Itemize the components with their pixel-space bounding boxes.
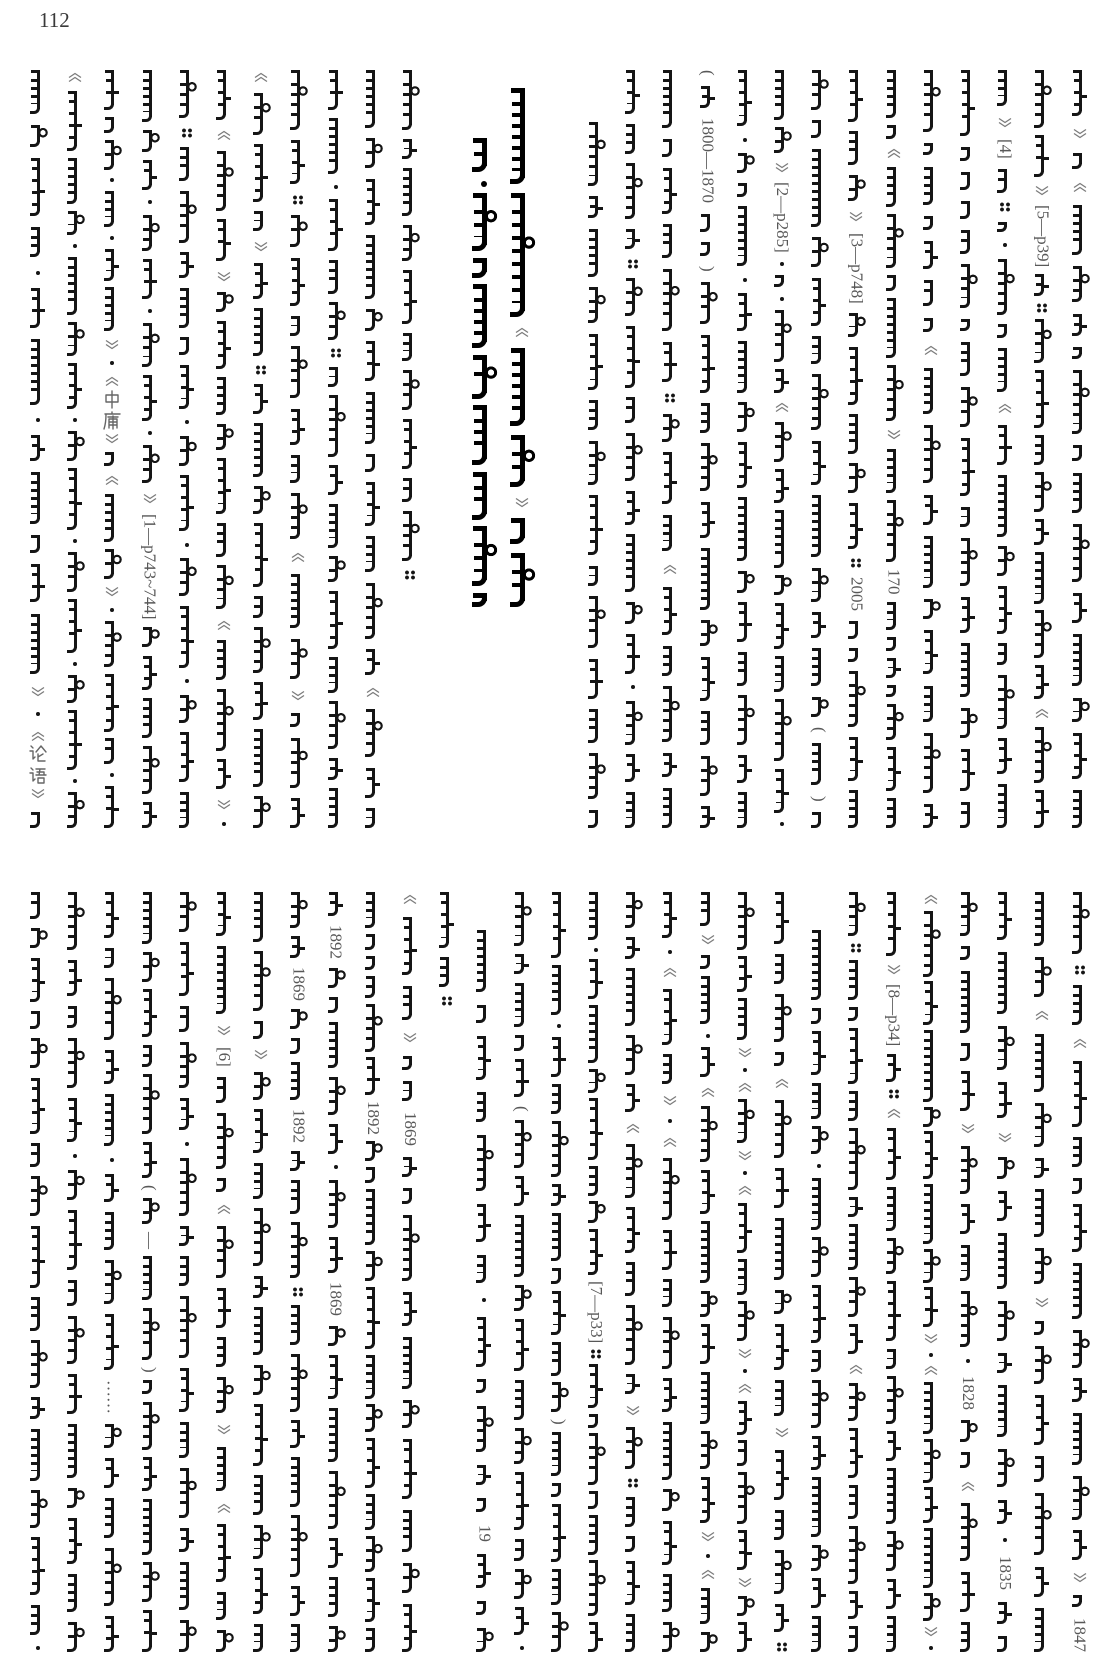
mongolian-word bbox=[101, 1424, 123, 1448]
mongolian-word bbox=[585, 1560, 607, 1616]
mongolian-comma bbox=[473, 1296, 495, 1304]
bracket-open-glyph bbox=[845, 1362, 867, 1376]
mongolian-word bbox=[250, 951, 272, 1011]
mongolian-word bbox=[659, 1158, 681, 1220]
mongolian-word bbox=[139, 1045, 161, 1067]
bracket-close-glyph bbox=[1031, 1296, 1053, 1310]
mongolian-word bbox=[64, 1374, 86, 1414]
mongolian-word bbox=[176, 1620, 198, 1652]
mongolian-word bbox=[101, 1498, 123, 1538]
mongolian-word bbox=[325, 1538, 347, 1568]
mongolian-word bbox=[771, 1168, 793, 1208]
mongolian-word bbox=[845, 1485, 867, 1519]
mongolian-word bbox=[994, 1082, 1016, 1118]
mongolian-word bbox=[1031, 1321, 1053, 1335]
mongolian-word bbox=[362, 1494, 384, 1530]
mongolian-word bbox=[213, 1524, 235, 1582]
mongolian-word bbox=[250, 892, 272, 942]
mongolian-word bbox=[920, 1528, 942, 1588]
mongolian-word bbox=[399, 1157, 421, 1177]
mongolian-word bbox=[362, 1578, 384, 1622]
mongolian-word bbox=[771, 1052, 793, 1066]
mongolian-word bbox=[399, 1056, 421, 1070]
mongolian-word bbox=[325, 997, 347, 1013]
mongolian-word bbox=[511, 1539, 533, 1561]
inline-latin-text: 1892 bbox=[362, 1101, 384, 1135]
mongolian-word bbox=[287, 1151, 309, 1171]
mongolian-word bbox=[585, 1491, 607, 1509]
mongolian-word bbox=[957, 1503, 979, 1561]
mongolian-word bbox=[27, 1038, 49, 1068]
title-bracket-close: 》 bbox=[994, 1131, 1016, 1145]
mongolian-word bbox=[287, 1222, 309, 1278]
mongolian-word bbox=[771, 1290, 793, 1314]
mongolian-word bbox=[64, 1280, 86, 1306]
text-column: 18691892 bbox=[287, 892, 309, 1652]
bracket-open-glyph bbox=[213, 1501, 235, 1515]
mongolian-word bbox=[808, 1350, 830, 1372]
mongolian-word bbox=[771, 954, 793, 984]
mongolian-word bbox=[697, 1170, 719, 1214]
mongolian-word bbox=[548, 1121, 570, 1177]
mongolian-full-stop bbox=[590, 1349, 602, 1359]
bracket-close-glyph bbox=[213, 1423, 235, 1437]
text-column: 18921869 bbox=[325, 892, 347, 1652]
bracket-open-glyph bbox=[213, 1202, 235, 1216]
mongolian-word bbox=[362, 1057, 384, 1095]
title-bracket-close: 》 bbox=[622, 1404, 644, 1418]
bracket-close-glyph bbox=[734, 1046, 756, 1060]
mongolian-word bbox=[845, 1028, 867, 1084]
mongolian-word bbox=[734, 1259, 756, 1295]
mongolian-word bbox=[511, 1472, 533, 1530]
lower-text-tier: ……(—)》[6]《》《》18691892189218691892《》18691… bbox=[0, 0, 1114, 1678]
mongolian-word bbox=[548, 1432, 570, 1476]
mongolian-word bbox=[64, 1006, 86, 1028]
inline-latin-text: ) bbox=[548, 1419, 570, 1425]
mongolian-word bbox=[659, 1574, 681, 1612]
text-column bbox=[436, 892, 458, 1006]
mongolian-full-stop bbox=[776, 1642, 788, 1652]
bracket-open-glyph bbox=[697, 1085, 719, 1099]
mongolian-word bbox=[1069, 1061, 1091, 1127]
mongolian-word bbox=[64, 1518, 86, 1564]
mongolian-word bbox=[325, 968, 347, 988]
mongolian-word bbox=[771, 994, 793, 1042]
bracket-open-glyph bbox=[883, 1106, 905, 1120]
mongolian-word bbox=[1069, 1204, 1091, 1252]
mongolian-word bbox=[27, 1340, 49, 1388]
mongolian-word bbox=[250, 1307, 272, 1355]
mongolian-word bbox=[994, 1233, 1016, 1289]
mongolian-word bbox=[622, 1614, 644, 1652]
title-bracket-open: 《 bbox=[957, 1479, 979, 1493]
mongolian-word bbox=[1031, 1395, 1053, 1445]
mongolian-word bbox=[213, 1630, 235, 1652]
mongolian-word bbox=[176, 1006, 198, 1032]
mongolian-word bbox=[548, 1382, 570, 1412]
mongolian-word bbox=[957, 1622, 979, 1652]
mongolian-comma bbox=[27, 1644, 49, 1652]
mongolian-word bbox=[1031, 1248, 1053, 1284]
mongolian-comma bbox=[734, 1367, 756, 1375]
title-bracket-close: 》 bbox=[213, 1423, 235, 1437]
mongolian-word bbox=[659, 1422, 681, 1480]
mongolian-word bbox=[64, 1488, 86, 1508]
mongolian-word bbox=[994, 1353, 1016, 1373]
mongolian-word bbox=[250, 1163, 272, 1199]
mongolian-word bbox=[101, 1094, 123, 1146]
mongolian-word bbox=[697, 955, 719, 969]
mongolian-word bbox=[585, 1622, 607, 1652]
mongolian-word bbox=[771, 1380, 793, 1416]
bracket-open-glyph bbox=[697, 1567, 719, 1581]
title-bracket-close: 》 bbox=[920, 1625, 942, 1639]
mongolian-word bbox=[548, 965, 570, 1015]
mongolian-word bbox=[1031, 1608, 1053, 1652]
text-column: 》[8—p34]《 bbox=[883, 892, 905, 1652]
mongolian-word bbox=[473, 1379, 495, 1393]
mongolian-word bbox=[1031, 1189, 1053, 1237]
mongolian-word bbox=[362, 1536, 384, 1572]
mongolian-word bbox=[659, 1378, 681, 1412]
mongolian-word bbox=[362, 956, 384, 970]
mongolian-word bbox=[27, 892, 49, 919]
mongolian-word bbox=[697, 1588, 719, 1624]
mongolian-word bbox=[399, 917, 421, 975]
mongolian-word bbox=[697, 1324, 719, 1364]
mongolian-word bbox=[957, 1291, 979, 1347]
text-column: 《》《 bbox=[659, 892, 681, 1652]
mongolian-word bbox=[808, 1545, 830, 1571]
mongolian-word bbox=[213, 1178, 235, 1192]
mongolian-word bbox=[27, 928, 49, 948]
mongolian-word bbox=[287, 1180, 309, 1214]
mongolian-word bbox=[585, 1229, 607, 1275]
mongolian-word bbox=[622, 1497, 644, 1527]
mongolian-word bbox=[622, 1035, 644, 1075]
mongolian-word bbox=[176, 1422, 198, 1458]
mongolian-word bbox=[511, 1380, 533, 1420]
mongolian-word bbox=[362, 1251, 384, 1281]
mongolian-word bbox=[659, 1489, 681, 1511]
mongolian-word bbox=[548, 1483, 570, 1497]
mongolian-word bbox=[622, 1144, 644, 1198]
mongolian-word bbox=[101, 1314, 123, 1370]
mongolian-word bbox=[27, 1605, 49, 1635]
mongolian-word bbox=[473, 1255, 495, 1283]
title-bracket-open: 《 bbox=[845, 1362, 867, 1376]
mongolian-word bbox=[27, 1143, 49, 1167]
inline-latin-text: 1828 bbox=[957, 1376, 979, 1410]
mongolian-word bbox=[845, 1277, 867, 1317]
mongolian-word bbox=[808, 1083, 830, 1119]
mongolian-word bbox=[287, 1457, 309, 1507]
bracket-open-glyph bbox=[957, 1479, 979, 1493]
mongolian-word bbox=[883, 1468, 905, 1524]
text-column: 》1835 bbox=[994, 892, 1016, 1652]
mongolian-word bbox=[325, 1326, 347, 1346]
mongolian-word bbox=[957, 1204, 979, 1234]
mongolian-word bbox=[883, 1281, 905, 1341]
mongolian-word bbox=[101, 1458, 123, 1488]
mongolian-word bbox=[1069, 1378, 1091, 1402]
mongolian-word bbox=[473, 1135, 495, 1191]
mongolian-full-stop bbox=[850, 943, 862, 953]
mongolian-word bbox=[399, 1400, 421, 1428]
bracket-close-glyph bbox=[957, 1122, 979, 1136]
mongolian-word bbox=[1031, 1346, 1053, 1384]
bracket-close-glyph bbox=[697, 933, 719, 947]
mongolian-word bbox=[1069, 985, 1091, 1025]
mongolian-word bbox=[27, 1490, 49, 1528]
mongolian-word bbox=[994, 1636, 1016, 1652]
text-column: 》《》《 bbox=[697, 892, 719, 1652]
text-column: 《》 bbox=[622, 892, 644, 1652]
mongolian-word bbox=[287, 936, 309, 958]
mongolian-word bbox=[920, 1249, 942, 1283]
mongolian-word bbox=[213, 892, 235, 936]
mongolian-word bbox=[659, 1521, 681, 1565]
mongolian-word bbox=[362, 892, 384, 928]
mongolian-word bbox=[176, 892, 198, 932]
mongolian-word bbox=[101, 948, 123, 968]
mongolian-word bbox=[771, 1550, 793, 1594]
bracket-close-glyph bbox=[883, 963, 905, 977]
mongolian-word bbox=[734, 1440, 756, 1466]
mongolian-word bbox=[659, 989, 681, 1045]
title-bracket-open: 《 bbox=[697, 1567, 719, 1581]
mongolian-word bbox=[585, 1515, 607, 1555]
mongolian-word bbox=[734, 892, 756, 950]
mongolian-word bbox=[362, 1404, 384, 1432]
mongolian-word bbox=[250, 1072, 272, 1100]
mongolian-word bbox=[808, 1477, 830, 1537]
mongolian-word bbox=[845, 1091, 867, 1121]
mongolian-word bbox=[808, 1031, 830, 1075]
mongolian-word bbox=[845, 1007, 867, 1021]
text-column: 《》1869 bbox=[399, 892, 421, 1652]
title-bracket-open: 《 bbox=[659, 1135, 681, 1149]
mongolian-comma bbox=[734, 1066, 756, 1074]
text-column: 《》1847 bbox=[1069, 892, 1091, 1652]
mongolian-word bbox=[287, 1624, 309, 1652]
mongolian-word bbox=[697, 976, 719, 1024]
mongolian-word bbox=[622, 1561, 644, 1605]
mongolian-word bbox=[176, 1468, 198, 1518]
text-column: 19 bbox=[473, 930, 495, 1652]
mongolian-word bbox=[325, 1022, 347, 1068]
mongolian-word bbox=[362, 976, 384, 998]
mongolian-word bbox=[139, 1142, 161, 1178]
mongolian-full-stop bbox=[627, 1478, 639, 1488]
mongolian-word bbox=[213, 1077, 235, 1103]
mongolian-word bbox=[139, 1308, 161, 1360]
mongolian-word bbox=[734, 1622, 756, 1652]
mongolian-word bbox=[213, 1592, 235, 1620]
mongolian-word bbox=[845, 1526, 867, 1584]
title-bracket-open: 《 bbox=[399, 892, 421, 906]
mongolian-word bbox=[622, 892, 644, 928]
mongolian-word bbox=[139, 1380, 161, 1394]
mongolian-word bbox=[1069, 1330, 1091, 1368]
bracket-open-glyph bbox=[771, 1076, 793, 1090]
mongolian-word bbox=[139, 952, 161, 982]
mongolian-word bbox=[101, 1174, 123, 1202]
mongolian-comma bbox=[994, 1536, 1016, 1544]
mongolian-word bbox=[659, 1230, 681, 1270]
mongolian-word bbox=[585, 1364, 607, 1408]
mongolian-word bbox=[399, 1510, 421, 1552]
mongolian-word bbox=[994, 952, 1016, 1014]
inline-latin-text: 1869 bbox=[399, 1112, 421, 1146]
mongolian-word bbox=[101, 892, 123, 938]
bracket-close-glyph bbox=[1069, 1571, 1091, 1585]
mongolian-word bbox=[883, 1238, 905, 1274]
mongolian-word bbox=[585, 1433, 607, 1485]
mongolian-word bbox=[622, 1374, 644, 1394]
bracket-open-glyph bbox=[622, 1121, 644, 1135]
mongolian-word bbox=[325, 1124, 347, 1154]
mongolian-word bbox=[473, 1317, 495, 1367]
mongolian-word bbox=[808, 1237, 830, 1277]
title-bracket-close: 》 bbox=[920, 1332, 942, 1346]
title-bracket-close: 》 bbox=[399, 1031, 421, 1045]
mongolian-word bbox=[287, 1009, 309, 1029]
mongolian-word bbox=[585, 1069, 607, 1093]
mongolian-comma bbox=[585, 946, 607, 954]
mongolian-word bbox=[957, 1420, 979, 1442]
mongolian-word bbox=[585, 1098, 607, 1160]
mongolian-word bbox=[1031, 1034, 1053, 1092]
mongolian-word bbox=[697, 1291, 719, 1317]
mongolian-word bbox=[213, 1113, 235, 1169]
mongolian-word bbox=[734, 1530, 756, 1570]
mongolian-word bbox=[325, 1577, 347, 1617]
mongolian-word bbox=[957, 1043, 979, 1061]
title-bracket-close: 》 bbox=[1069, 1571, 1091, 1585]
mongolian-word bbox=[101, 1616, 123, 1652]
mongolian-word bbox=[845, 892, 867, 936]
mongolian-word bbox=[250, 1021, 272, 1039]
title-bracket-open: 《 bbox=[883, 1106, 905, 1120]
bracket-open-glyph bbox=[659, 965, 681, 979]
mongolian-word bbox=[622, 968, 644, 1026]
mongolian-word bbox=[64, 1210, 86, 1270]
mongolian-word bbox=[994, 1385, 1016, 1437]
mongolian-comma bbox=[697, 1032, 719, 1040]
mongolian-word bbox=[548, 1291, 570, 1335]
mongolian-word bbox=[883, 1579, 905, 1609]
inline-latin-text: 1847 bbox=[1069, 1618, 1091, 1652]
mongolian-word bbox=[362, 1189, 384, 1245]
mongolian-word bbox=[697, 1431, 719, 1469]
mongolian-word bbox=[734, 998, 756, 1040]
mongolian-word bbox=[250, 1568, 272, 1614]
mongolian-word bbox=[883, 1054, 905, 1082]
mongolian-word bbox=[548, 1504, 570, 1562]
mongolian-word bbox=[585, 1414, 607, 1428]
bracket-close-glyph bbox=[920, 1625, 942, 1639]
mongolian-word bbox=[957, 1452, 979, 1468]
bracket-close-glyph bbox=[920, 1332, 942, 1346]
text-column: ( bbox=[511, 892, 533, 1652]
text-column: …… bbox=[101, 892, 123, 1652]
mongolian-word bbox=[845, 1383, 867, 1421]
mongolian-word bbox=[27, 958, 49, 1002]
mongolian-word bbox=[920, 1107, 942, 1127]
mongolian-word bbox=[27, 1011, 49, 1029]
mongolian-word bbox=[362, 1628, 384, 1652]
mongolian-comma bbox=[659, 1117, 681, 1125]
mongolian-word bbox=[622, 1207, 644, 1253]
mongolian-comma bbox=[957, 1357, 979, 1365]
inline-latin-text: [7—p33] bbox=[585, 1281, 607, 1343]
mongolian-word bbox=[139, 989, 161, 1037]
mongolian-word bbox=[920, 1593, 942, 1621]
mongolian-word bbox=[1069, 892, 1091, 954]
bracket-open-glyph bbox=[399, 892, 421, 906]
mongolian-word bbox=[845, 1324, 867, 1354]
mongolian-word bbox=[920, 1030, 942, 1102]
mongolian-word bbox=[1069, 1595, 1091, 1607]
mongolian-word bbox=[659, 1317, 681, 1369]
mongolian-word bbox=[808, 1126, 830, 1154]
text-column bbox=[64, 892, 86, 1652]
mongolian-word bbox=[1031, 1493, 1053, 1555]
mongolian-word bbox=[213, 1447, 235, 1491]
mongolian-word bbox=[734, 956, 756, 992]
mongolian-word bbox=[101, 978, 123, 1040]
mongolian-word bbox=[734, 1472, 756, 1524]
mongolian-word bbox=[511, 1319, 533, 1371]
mongolian-word bbox=[845, 960, 867, 1000]
mongolian-word bbox=[473, 1628, 495, 1652]
mongolian-word bbox=[883, 1128, 905, 1180]
mongolian-word bbox=[548, 1612, 570, 1652]
mongolian-word bbox=[176, 1256, 198, 1286]
mongolian-word bbox=[845, 1197, 867, 1217]
mongolian-word bbox=[250, 1109, 272, 1153]
text-column: 《》《》 bbox=[920, 892, 942, 1652]
bracket-open-glyph bbox=[920, 1363, 942, 1377]
mongolian-comma bbox=[325, 1163, 347, 1171]
mongolian-word bbox=[250, 1208, 272, 1266]
mongolian-word bbox=[1031, 892, 1053, 946]
text-column: 《 bbox=[845, 892, 867, 1652]
bracket-close-glyph bbox=[734, 1576, 756, 1590]
mongolian-word bbox=[511, 1176, 533, 1206]
mongolian-word bbox=[697, 1477, 719, 1523]
mongolian-full-stop bbox=[292, 1287, 304, 1297]
mongolian-word bbox=[957, 971, 979, 1033]
mongolian-word bbox=[399, 1215, 421, 1281]
bracket-open-glyph bbox=[734, 1080, 756, 1094]
document-page: 112 》《论语》《》《中庸》《》》[1—p743~744]《》《》《》《》《《… bbox=[0, 0, 1114, 1678]
mongolian-word bbox=[1069, 1178, 1091, 1194]
mongolian-word bbox=[994, 1301, 1016, 1341]
mongolian-word bbox=[511, 954, 533, 974]
mongolian-word bbox=[473, 1036, 495, 1080]
mongolian-word bbox=[622, 937, 644, 959]
title-bracket-open: 《 bbox=[920, 892, 942, 906]
mongolian-word bbox=[845, 1224, 867, 1270]
mongolian-word bbox=[585, 1166, 607, 1196]
mongolian-word bbox=[548, 892, 570, 958]
mongolian-word bbox=[27, 1297, 49, 1331]
bracket-open-glyph bbox=[1069, 1036, 1091, 1050]
mongolian-word bbox=[1069, 1137, 1091, 1167]
